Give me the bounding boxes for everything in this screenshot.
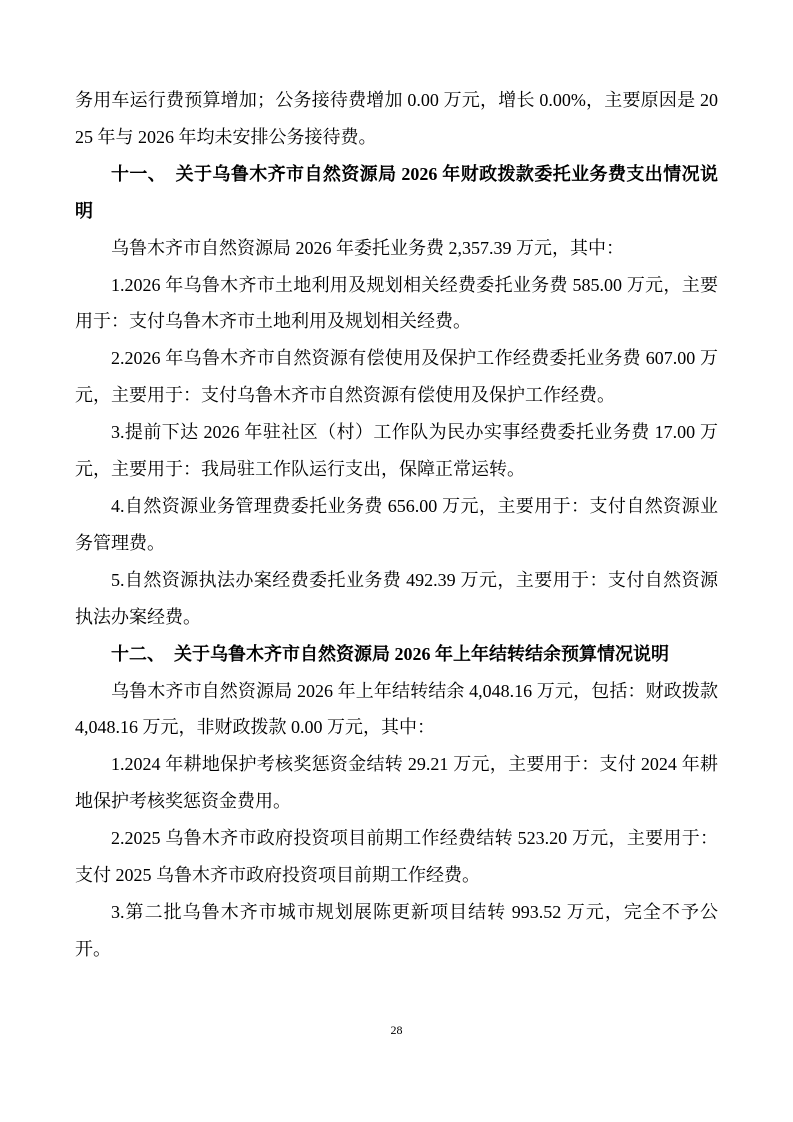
document-body: 务用车运行费预算增加；公务接待费增加 0.00 万元，增长 0.00%，主要原因… — [75, 82, 718, 968]
document-page: 务用车运行费预算增加；公务接待费增加 0.00 万元，增长 0.00%，主要原因… — [0, 0, 793, 1122]
page-number: 28 — [0, 1022, 793, 1038]
paragraph-entrusted-item-4-business-management: 4.自然资源业务管理费委托业务费 656.00 万元，主要用于：支付自然资源业务… — [75, 488, 718, 562]
paragraph-carryforward-item-2-government-investment: 2.2025 乌鲁木齐市政府投资项目前期工作经费结转 523.20 万元，主要用… — [75, 820, 718, 894]
paragraph-carryforward-item-3-urban-planning-exhibition: 3.第二批乌鲁木齐市城市规划展陈更新项目结转 993.52 万元，完全不予公开。 — [75, 894, 718, 968]
heading-section-twelve-carryforward-balance: 十二、 关于乌鲁木齐市自然资源局 2026 年上年结转结余预算情况说明 — [75, 636, 718, 673]
paragraph-entrusted-services-total: 乌鲁木齐市自然资源局 2026 年委托业务费 2,357.39 万元，其中： — [75, 230, 718, 267]
heading-section-eleven-entrusted-services: 十一、 关于乌鲁木齐市自然资源局 2026 年财政拨款委托业务费支出情况说明 — [75, 156, 718, 230]
paragraph-entrusted-item-2-paid-use-protection: 2.2026 年乌鲁木齐市自然资源有偿使用及保护工作经费委托业务费 607.00… — [75, 340, 718, 414]
paragraph-carryforward-total: 乌鲁木齐市自然资源局 2026 年上年结转结余 4,048.16 万元，包括：财… — [75, 673, 718, 747]
paragraph-entrusted-item-3-village-work-team: 3.提前下达 2026 年驻社区（村）工作队为民办实事经费委托业务费 17.00… — [75, 414, 718, 488]
paragraph-carryforward-item-1-farmland-protection: 1.2024 年耕地保护考核奖惩资金结转 29.21 万元，主要用于：支付 20… — [75, 746, 718, 820]
paragraph-entrusted-item-1-land-use-planning: 1.2026 年乌鲁木齐市土地利用及规划相关经费委托业务费 585.00 万元，… — [75, 267, 718, 341]
paragraph-entrusted-item-5-law-enforcement: 5.自然资源执法办案经费委托业务费 492.39 万元，主要用于：支付自然资源执… — [75, 562, 718, 636]
paragraph-carryover-vehicle-reception-expense: 务用车运行费预算增加；公务接待费增加 0.00 万元，增长 0.00%，主要原因… — [75, 82, 718, 156]
